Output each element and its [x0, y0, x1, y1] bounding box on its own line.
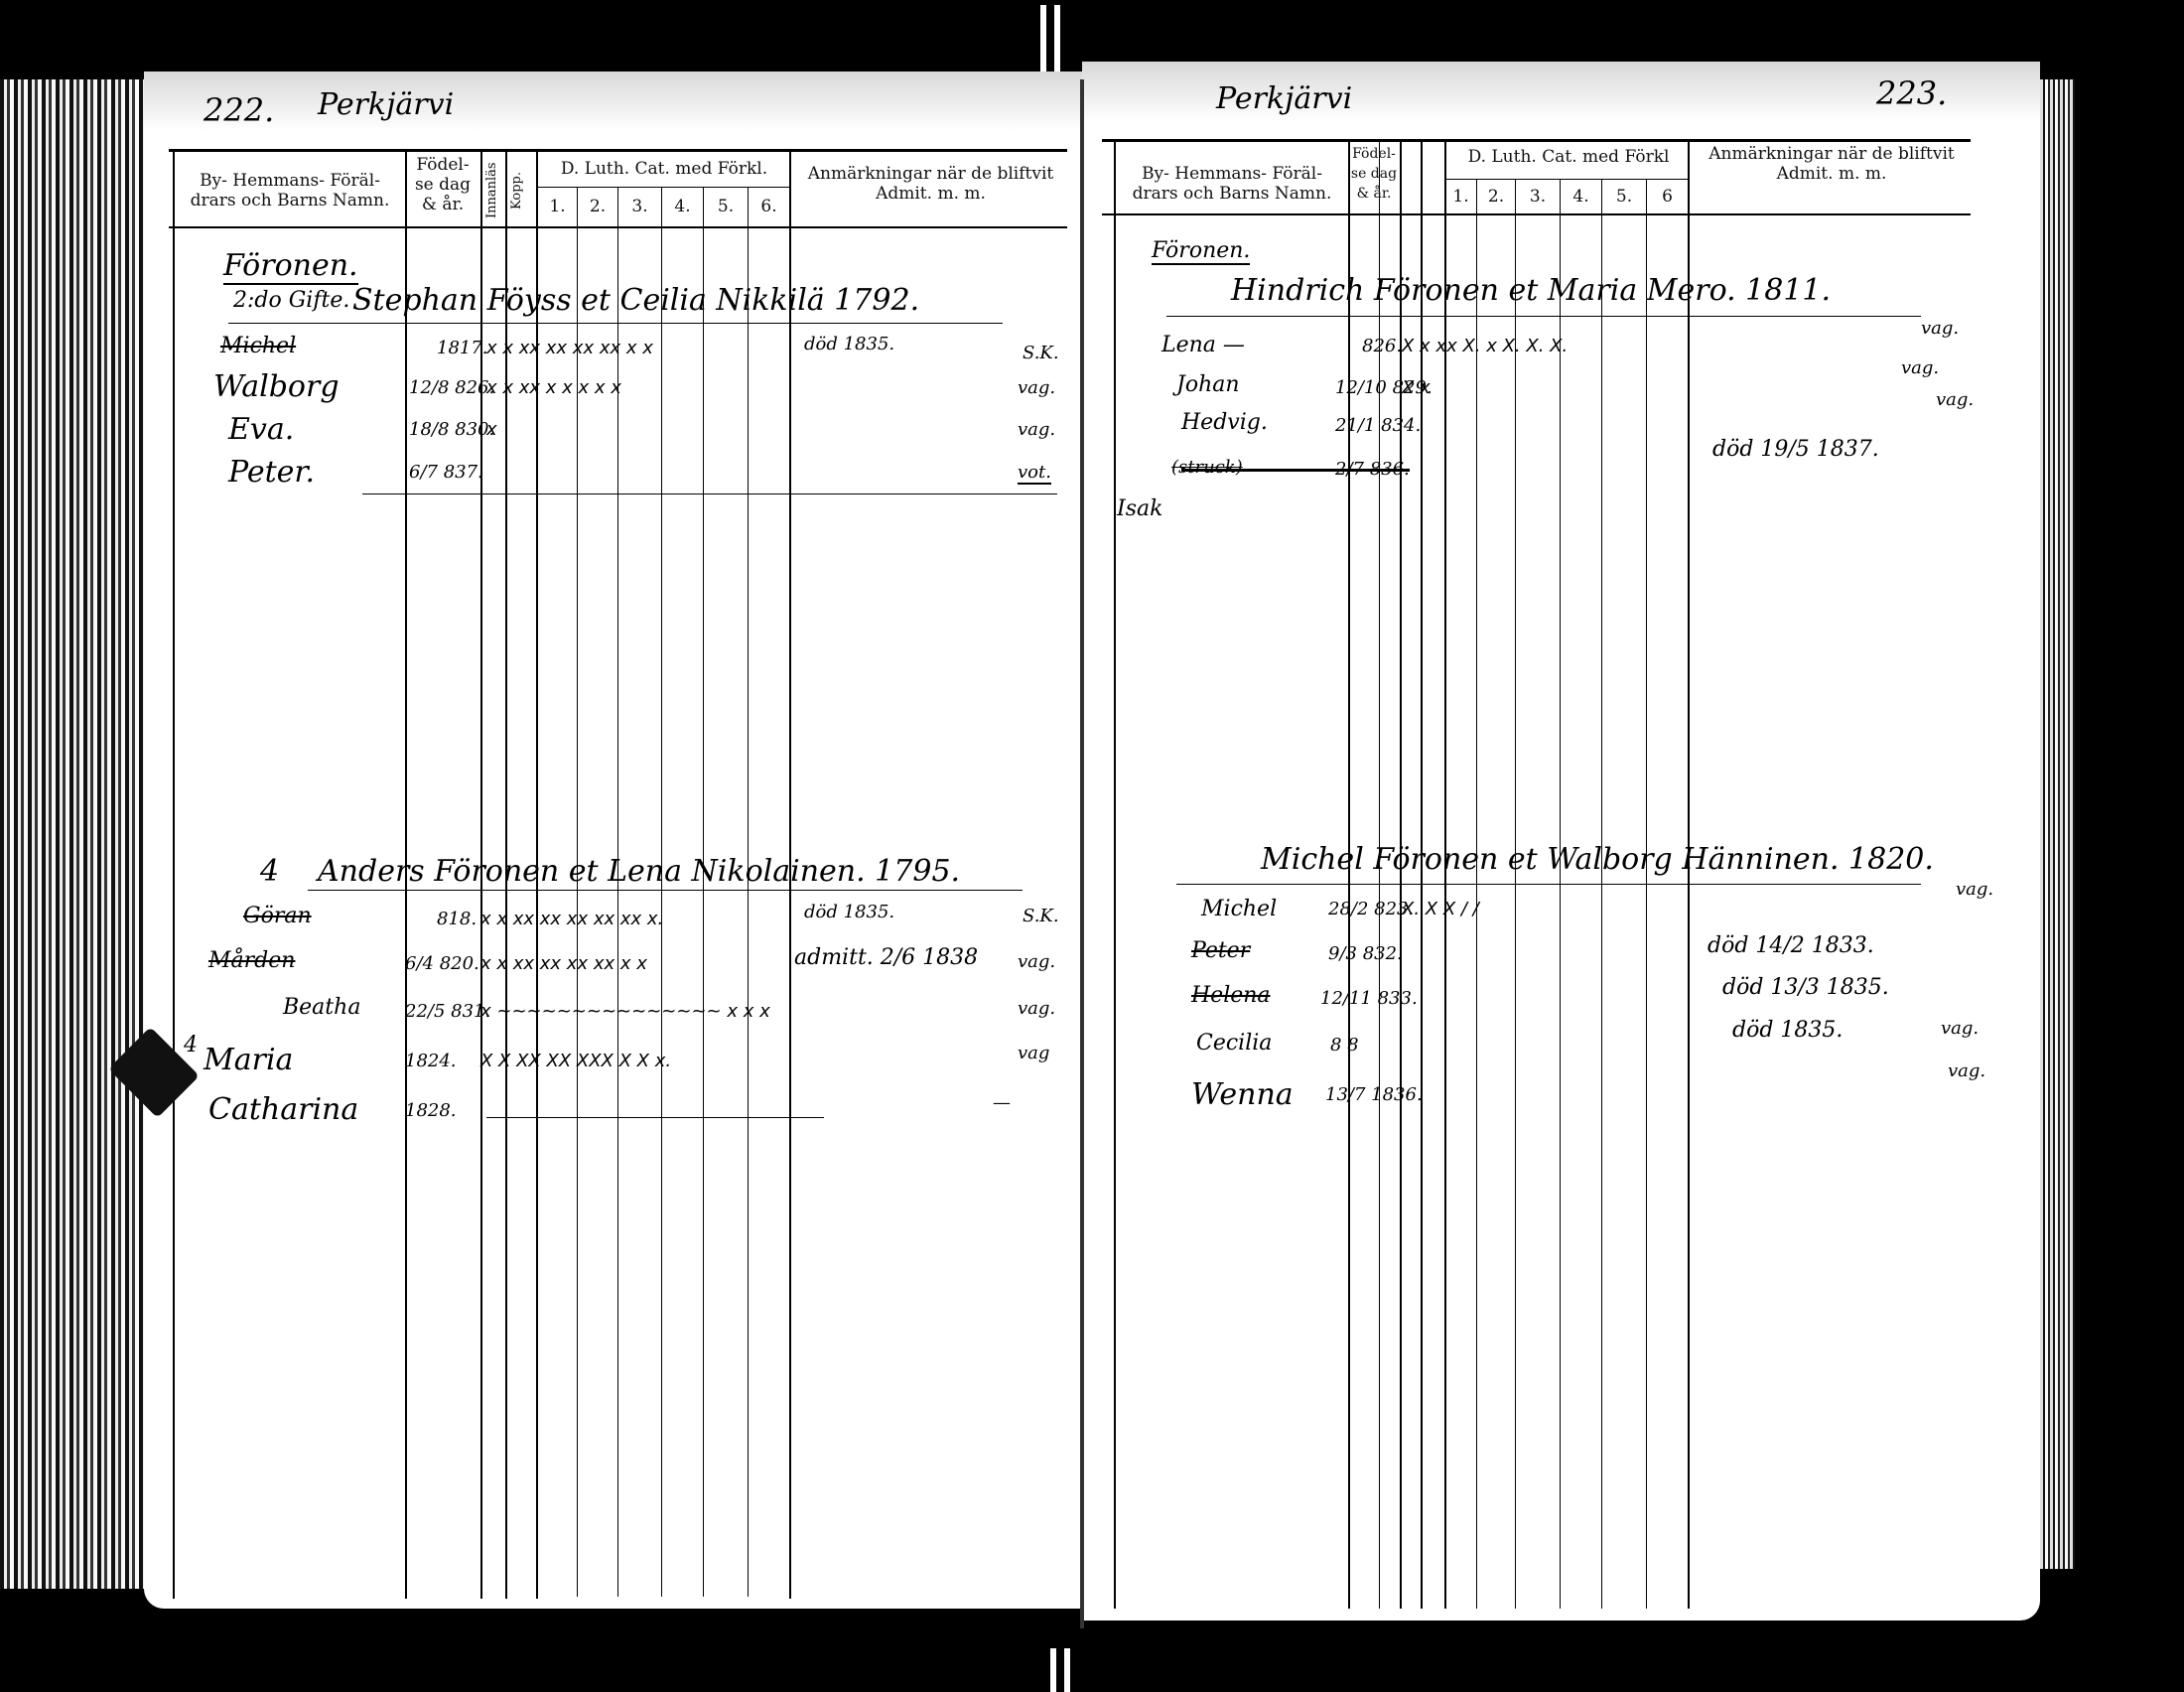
col-line: [703, 187, 704, 1597]
person-name: Peter.: [228, 455, 315, 490]
col-line: [577, 187, 578, 1597]
col-header-names: By- Hemmans- Föräl- drars och Barns Namn…: [177, 171, 403, 211]
birth-date: 8 8: [1330, 1035, 1359, 1056]
remark-status: vag.: [1901, 357, 1939, 378]
catechism-marks: x x xx x x x x x: [486, 377, 621, 398]
birth-date: 22/5 831.: [405, 1001, 490, 1022]
col-header-cat-1: 1.: [1445, 187, 1476, 207]
col-header-remarks-line2: Admit. m. m.: [1693, 164, 1971, 184]
col-header-born: Födel- se dag & år.: [1350, 144, 1398, 204]
col-header-born: Födel- se dag & år.: [407, 155, 478, 214]
family-underline: [308, 890, 1023, 891]
remark-status: —: [993, 1092, 1011, 1113]
col-header-born-line2: se dag: [1350, 164, 1398, 184]
col-header-born-line2: se dag: [407, 175, 478, 195]
col-header-cat-1: 1.: [538, 197, 577, 216]
family-index-mark: 4: [260, 854, 279, 889]
remark-note: död 13/3 1835.: [1722, 975, 1889, 1000]
col-header-remarks: Anmärkningar när de bliftvit Admit. m. m…: [1693, 144, 1971, 184]
col-line: [1601, 179, 1602, 1609]
col-header-cat-5: 5.: [704, 197, 748, 216]
family-underline: [228, 323, 1003, 324]
remark-status: vag.: [1018, 419, 1055, 440]
family-head: Michel Föronen et Walborg Hänninen. 1820…: [1261, 842, 1934, 877]
strike-line: [1181, 469, 1410, 472]
col-line: [1476, 179, 1477, 1609]
catechism-marks: x x xx xx xx xx x x: [486, 338, 653, 358]
remark-note: död 14/2 1833.: [1707, 933, 1874, 958]
col-header-catechism: D. Luth. Cat. med Förkl: [1449, 147, 1688, 167]
person-name: Beatha: [283, 995, 360, 1020]
col-header-cat-6: 6.: [749, 197, 789, 216]
remark-status: vag.: [1018, 998, 1055, 1019]
col-header-remarks-line1: Anmärkningar när de bliftvit: [1693, 144, 1971, 164]
birth-date: 6/4 820.: [405, 953, 479, 974]
person-name: Michel: [220, 334, 296, 358]
family-head: Hindrich Föronen et Maria Mero. 1811.: [1231, 273, 1831, 308]
col-header-remarks-line1: Anmärkningar när de bliftvit: [794, 164, 1067, 184]
col-line: [1560, 179, 1561, 1609]
family-end-rule: [486, 1117, 824, 1118]
catechism-marks: x x xx xx xx xx x x: [480, 953, 647, 974]
col-header-cat-3: 3.: [1516, 187, 1560, 207]
col-header-catechism: D. Luth. Cat. med Förkl.: [540, 159, 788, 179]
col-header-born-line3: & år.: [407, 195, 478, 214]
col-header-cat-4: 4.: [1561, 187, 1601, 207]
birth-date: 12/11 833.: [1320, 988, 1418, 1009]
left-page-heading: Perkjärvi: [318, 87, 454, 122]
person-name: Wenna: [1191, 1077, 1294, 1112]
catechism-marks: x ~~~~~~~~~~~~~~~ x x x: [480, 1001, 770, 1022]
birth-date: 826.: [1362, 336, 1402, 356]
person-name: Johan: [1176, 372, 1240, 397]
left-page-number: 222.: [204, 91, 274, 129]
person-name: Helena: [1191, 983, 1271, 1008]
person-name: Cecilia: [1196, 1031, 1272, 1056]
remark-note: död 19/5 1837.: [1712, 437, 1879, 462]
family-end-rule: [362, 493, 1057, 494]
header-top-rule: [169, 149, 1067, 152]
col-header-remarks-line2: Admit. m. m.: [794, 184, 1067, 204]
col-header-innanlas: Innanläs: [482, 159, 504, 222]
person-name: Maria: [204, 1043, 293, 1077]
catechism-marks: X X XX XX XXX X X x.: [480, 1051, 671, 1071]
col-header-born-line3: & år.: [1350, 184, 1398, 204]
col-header-born-line1: Födel-: [407, 155, 478, 175]
remark-status: S.K.: [1023, 906, 1059, 926]
birth-date: 18/8 830.: [409, 419, 494, 440]
right-page-number: 223.: [1876, 74, 1947, 112]
book-gutter: [1080, 79, 1084, 1628]
catechism-marks: x x xx xx xx xx xx x.: [480, 909, 663, 929]
catechism-marks: X. X X / /: [1402, 899, 1479, 919]
col-line: [1515, 179, 1516, 1609]
person-name: Michel: [1201, 897, 1277, 921]
birth-date: 9/3 832.: [1328, 943, 1403, 964]
person-name: Isak: [1117, 496, 1162, 521]
remark-status: vag.: [1956, 879, 1993, 900]
family-head: Stephan Föyss et Ceilia Nikkilä 1792.: [352, 283, 919, 318]
col-header-born-line1: Födel-: [1350, 144, 1398, 164]
col-header-remarks: Anmärkningar när de bliftvit Admit. m. m…: [794, 164, 1067, 204]
remark-status: vag.: [1936, 389, 1974, 410]
family-head-prefix: 2:do Gifte.: [233, 288, 349, 313]
remark-status: vag.: [1018, 377, 1055, 398]
catechism-marks: X x xx X. x X. X. X.: [1402, 336, 1568, 356]
person-name: Walborg: [213, 369, 340, 404]
col-header-cat-3: 3.: [618, 197, 661, 216]
col-header-names: By- Hemmans- Föräl- drars och Barns Namn…: [1118, 164, 1346, 204]
binding-mark-bottom-2: [1064, 1648, 1070, 1692]
family-underline: [1176, 884, 1921, 885]
remark-status: vot.: [1018, 462, 1051, 485]
header-bottom-rule: [1102, 213, 1971, 215]
person-name: Eva.: [228, 412, 294, 447]
remark-note: död 1835.: [804, 334, 894, 354]
remark-status: vag.: [1948, 1060, 1985, 1081]
person-name: Peter: [1191, 938, 1250, 963]
person-name: Hedvig.: [1181, 410, 1268, 435]
catechism-marks: x: [486, 419, 497, 440]
person-name: Göran: [243, 904, 312, 928]
birth-date: 21/1 834.: [1335, 415, 1421, 436]
family-underline: [1166, 316, 1921, 317]
col-header-cat-2: 2.: [578, 197, 617, 216]
remark-status: vag: [1018, 1043, 1049, 1063]
col-line: [173, 149, 175, 1599]
family-head: Anders Föronen et Lena Nikolainen. 1795.: [318, 854, 960, 889]
col-header-names-line1: By- Hemmans- Föräl-: [177, 171, 403, 191]
right-page-heading: Perkjärvi: [1216, 81, 1352, 116]
col-header-cat-2: 2.: [1477, 187, 1515, 207]
col-header-names-line2: drars och Barns Namn.: [1118, 184, 1346, 204]
birth-date: 818.: [437, 909, 477, 929]
col-line: [661, 187, 662, 1597]
birth-date: 12/8 826.: [409, 377, 494, 398]
col-header-names-line1: By- Hemmans- Föräl-: [1118, 164, 1346, 184]
farm-name: Föronen.: [223, 248, 358, 285]
col-line: [617, 187, 618, 1597]
cat-subheader-rule: [1444, 179, 1688, 180]
col-header-koppor: Kopp.: [507, 159, 535, 222]
header-top-rule: [1102, 139, 1971, 142]
col-header-names-line2: drars och Barns Namn.: [177, 191, 403, 211]
farm-name: Föronen.: [1152, 238, 1250, 265]
col-line: [748, 187, 749, 1597]
remark-status: vag.: [1018, 951, 1055, 972]
binding-mark-bottom: [1050, 1648, 1056, 1692]
birth-date: 1828.: [405, 1100, 457, 1121]
person-name: Catharina: [208, 1092, 358, 1127]
birth-date: 13/7 1836.: [1325, 1084, 1423, 1105]
col-header-cat-6: 6: [1647, 187, 1688, 207]
birth-date: 1824.: [405, 1051, 457, 1071]
col-line: [1646, 179, 1647, 1609]
person-name: Lena —: [1161, 333, 1245, 357]
remark-note: död 1835.: [1732, 1018, 1843, 1043]
catechism-marks: X x: [1402, 377, 1431, 398]
person-name: Mården: [208, 948, 295, 973]
col-header-cat-4: 4.: [662, 197, 703, 216]
remark-status: vag.: [1941, 1018, 1979, 1039]
col-header-cat-5: 5.: [1602, 187, 1646, 207]
birth-date: 6/7 837.: [409, 462, 483, 483]
page-shading: [144, 71, 1087, 131]
remark-note: död 1835.: [804, 902, 894, 922]
remark-status: S.K.: [1023, 343, 1059, 363]
birth-date: 1817.: [437, 338, 488, 358]
member-index-mark: 4: [184, 1033, 198, 1057]
col-line: [1114, 139, 1116, 1609]
remark-note: admitt. 2/6 1838: [794, 945, 978, 970]
cat-subheader-rule: [536, 187, 789, 188]
person-name: (struck): [1171, 457, 1243, 478]
page-stack-left: [0, 79, 149, 1589]
remark-status: vag.: [1921, 318, 1959, 339]
